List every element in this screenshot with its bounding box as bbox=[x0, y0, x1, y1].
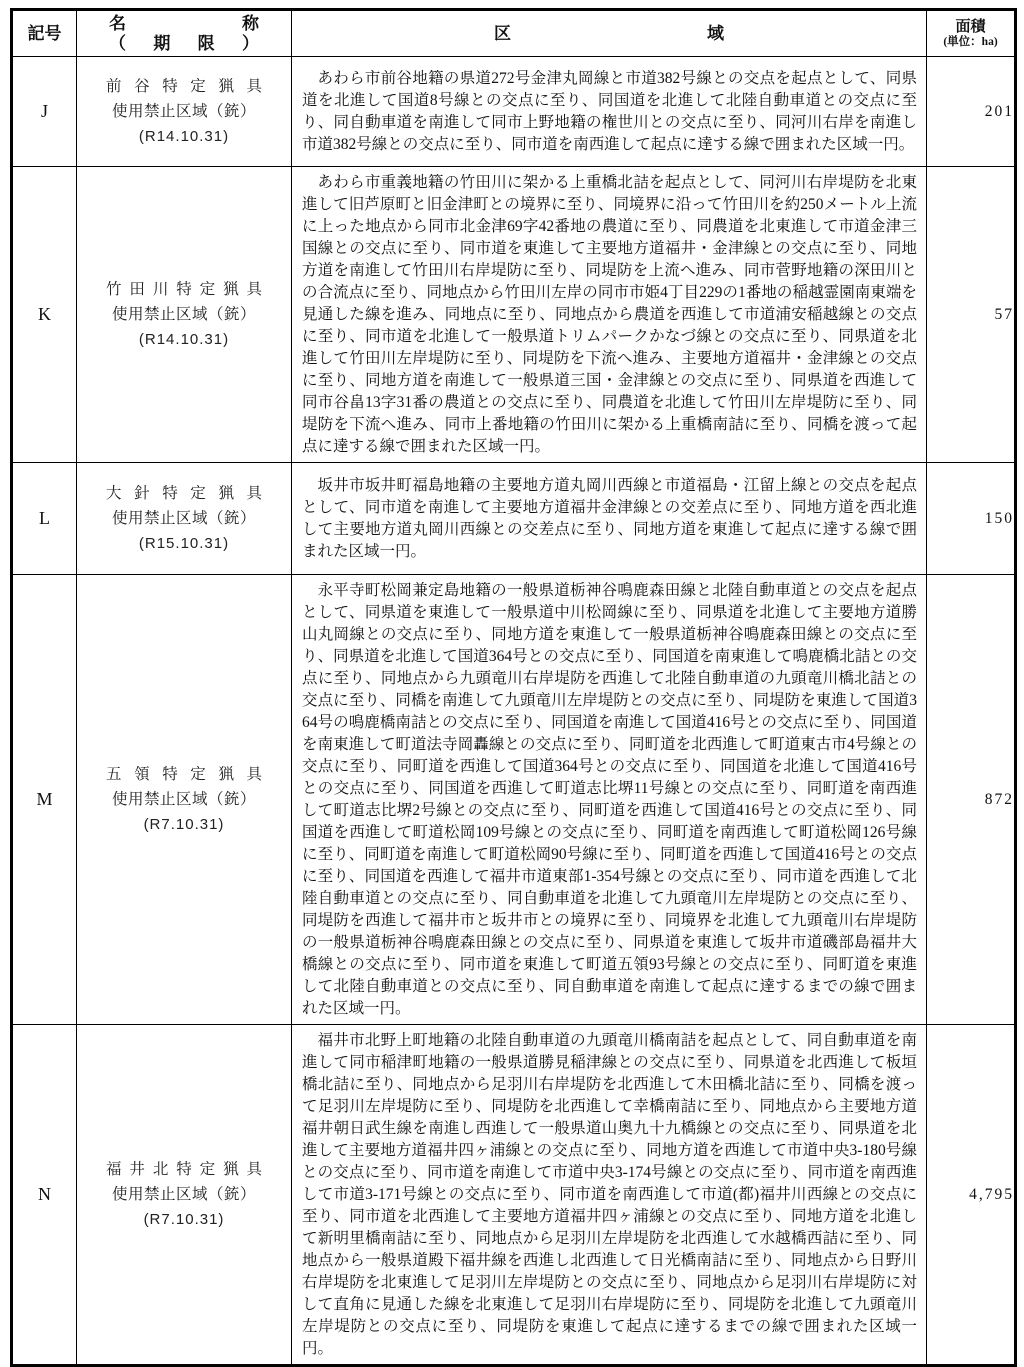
row-name-period: (R14.10.31) bbox=[106, 327, 262, 352]
row-name-title: 前谷特定猟具 bbox=[106, 74, 262, 99]
row-name: 福井北特定猟具 使用禁止区域（銃） (R7.10.31) bbox=[77, 1025, 292, 1366]
row-name: 前谷特定猟具 使用禁止区域（銃） (R14.10.31) bbox=[77, 57, 292, 167]
row-region: あわら市前谷地籍の県道272号金津丸岡線と市道382号線との交点を起点として、同… bbox=[292, 57, 927, 167]
row-symbol: K bbox=[12, 167, 77, 463]
row-name-title: 福井北特定猟具 bbox=[106, 1157, 262, 1182]
table-row: K 竹田川特定猟具 使用禁止区域（銃） (R14.10.31) あわら市重義地籍… bbox=[12, 167, 1016, 463]
row-area: 201 bbox=[927, 57, 1016, 167]
header-name: 名称 （期限） bbox=[77, 10, 292, 57]
header-area-label: 面積 bbox=[927, 19, 1014, 36]
row-name-title: 竹田川特定猟具 bbox=[106, 277, 262, 302]
row-name: 大針特定猟具 使用禁止区域（銃） (R15.10.31) bbox=[77, 463, 292, 575]
row-region-text: あわら市前谷地籍の県道272号金津丸岡線と市道382号線との交点を起点として、同… bbox=[292, 63, 926, 160]
header-region-label: 区域 bbox=[494, 24, 724, 44]
row-region: あわら市重義地籍の竹田川に架かる上重橋北詰を起点として、同河川右岸堤防を北東進し… bbox=[292, 167, 927, 463]
row-region-text: 福井市北野上町地籍の北陸自動車道の九頭竜川橋南詰を起点として、同自動車道を南進し… bbox=[292, 1025, 926, 1364]
row-area: 872 bbox=[927, 575, 1016, 1025]
row-name-period: (R7.10.31) bbox=[106, 1207, 262, 1232]
header-name-period-label: （期限） bbox=[109, 34, 259, 54]
row-name-period: (R7.10.31) bbox=[106, 812, 262, 837]
row-symbol: M bbox=[12, 575, 77, 1025]
header-region: 区域 bbox=[292, 10, 927, 57]
table-row: M 五領特定猟具 使用禁止区域（銃） (R7.10.31) 永平寺町松岡兼定島地… bbox=[12, 575, 1016, 1025]
row-symbol: L bbox=[12, 463, 77, 575]
row-region: 坂井市坂井町福島地籍の主要地方道丸岡川西線と市道福島・江留上線との交点を起点とし… bbox=[292, 463, 927, 575]
row-name-subtitle: 使用禁止区域（銃） bbox=[106, 302, 262, 327]
row-name: 五領特定猟具 使用禁止区域（銃） (R7.10.31) bbox=[77, 575, 292, 1025]
row-region-text: あわら市重義地籍の竹田川に架かる上重橋北詰を起点として、同河川右岸堤防を北東進し… bbox=[292, 167, 926, 462]
row-name-subtitle: 使用禁止区域（銃） bbox=[106, 506, 262, 531]
header-name-label: 名称 bbox=[109, 14, 259, 34]
row-name-subtitle: 使用禁止区域（銃） bbox=[106, 787, 262, 812]
row-region-text: 坂井市坂井町福島地籍の主要地方道丸岡川西線と市道福島・江留上線との交点を起点とし… bbox=[292, 470, 926, 567]
row-name: 竹田川特定猟具 使用禁止区域（銃） (R14.10.31) bbox=[77, 167, 292, 463]
document-page: 記号 名称 （期限） 区域 面積 (単位：ha) J 前谷特定猟具 使用禁止区域… bbox=[0, 0, 1024, 1345]
row-name-period: (R15.10.31) bbox=[106, 531, 262, 556]
header-area: 面積 (単位：ha) bbox=[927, 10, 1016, 57]
hunting-restriction-area-table: 記号 名称 （期限） 区域 面積 (単位：ha) J 前谷特定猟具 使用禁止区域… bbox=[10, 8, 1017, 1367]
row-name-period: (R14.10.31) bbox=[106, 124, 262, 149]
header-symbol-label: 記号 bbox=[13, 24, 76, 44]
row-name-title: 大針特定猟具 bbox=[106, 481, 262, 506]
row-region: 永平寺町松岡兼定島地籍の一般県道栃神谷鳴鹿森田線と北陸自動車道との交点を起点とし… bbox=[292, 575, 927, 1025]
row-symbol: N bbox=[12, 1025, 77, 1366]
row-region-text: 永平寺町松岡兼定島地籍の一般県道栃神谷鳴鹿森田線と北陸自動車道との交点を起点とし… bbox=[292, 575, 926, 1024]
row-name-subtitle: 使用禁止区域（銃） bbox=[106, 1182, 262, 1207]
row-name-title: 五領特定猟具 bbox=[106, 762, 262, 787]
table-row: J 前谷特定猟具 使用禁止区域（銃） (R14.10.31) あわら市前谷地籍の… bbox=[12, 57, 1016, 167]
row-area: 150 bbox=[927, 463, 1016, 575]
table-row: L 大針特定猟具 使用禁止区域（銃） (R15.10.31) 坂井市坂井町福島地… bbox=[12, 463, 1016, 575]
row-symbol: J bbox=[12, 57, 77, 167]
table-row: N 福井北特定猟具 使用禁止区域（銃） (R7.10.31) 福井市北野上町地籍… bbox=[12, 1025, 1016, 1366]
header-symbol: 記号 bbox=[12, 10, 77, 57]
row-name-subtitle: 使用禁止区域（銃） bbox=[106, 99, 262, 124]
row-region: 福井市北野上町地籍の北陸自動車道の九頭竜川橋南詰を起点として、同自動車道を南進し… bbox=[292, 1025, 927, 1366]
header-area-unit-label: (単位：ha) bbox=[927, 36, 1014, 49]
table-header-row: 記号 名称 （期限） 区域 面積 (単位：ha) bbox=[12, 10, 1016, 57]
row-area: 4,795 bbox=[927, 1025, 1016, 1366]
row-area: 57 bbox=[927, 167, 1016, 463]
